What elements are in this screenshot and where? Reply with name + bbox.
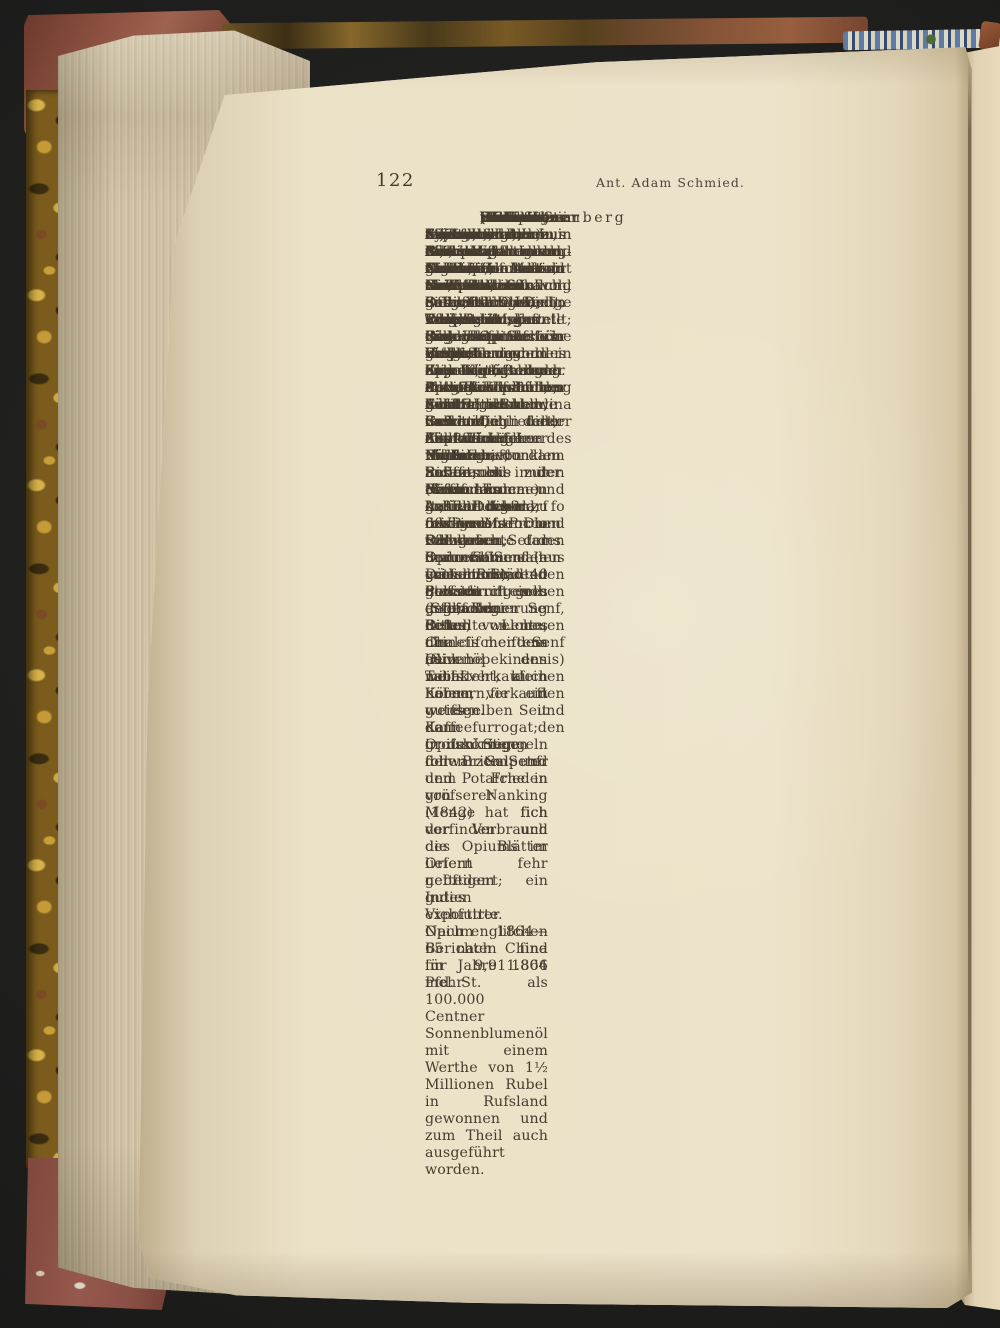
running-header: Ant. Adam Schmied. bbox=[370, 175, 945, 190]
marbled-cover-top-edge bbox=[222, 17, 868, 50]
endband-headband bbox=[843, 29, 1000, 51]
book: 122 Ant. Adam Schmied. Sodann wird aber … bbox=[0, 0, 1000, 1328]
text-run: (Arachis hypogaea L.) diefe wichtige Cul… bbox=[425, 210, 541, 346]
page-header: 122 Ant. Adam Schmied. bbox=[370, 168, 945, 198]
gutter-crease bbox=[968, 57, 971, 1285]
text-run: waren weifse, fchwarze und geftreifte So… bbox=[425, 210, 548, 1179]
photo-background: 122 Ant. Adam Schmied. Sodann wird aber … bbox=[0, 0, 1000, 1328]
book-page: 122 Ant. Adam Schmied. Sodann wird aber … bbox=[136, 42, 972, 1308]
